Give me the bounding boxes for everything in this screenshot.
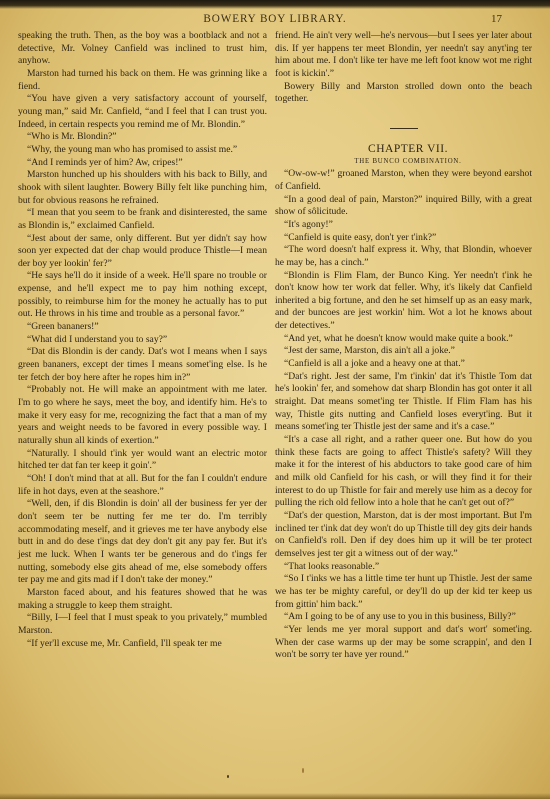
paragraph: Marston hunched up his shoulders with hi… bbox=[18, 169, 267, 207]
paragraph: “Yer lends me yer moral support and dat'… bbox=[275, 624, 532, 662]
paragraph: “Jest about der same, only different. Bu… bbox=[18, 233, 267, 271]
paragraph: “You have given a very satisfactory acco… bbox=[18, 93, 267, 131]
paragraph: speaking the truth. Then, as the boy was… bbox=[18, 30, 267, 68]
paragraph: “What did I understand you to say?” bbox=[18, 334, 267, 347]
paragraph: “I mean that you seem to be frank and di… bbox=[18, 207, 267, 232]
paragraph: “Am I going to be of any use to you in t… bbox=[275, 611, 532, 624]
paragraph: “Dat's right. Jest der same, I'm t'inkin… bbox=[275, 371, 532, 434]
paragraph: “And I reminds yer of him? Aw, cripes!” bbox=[18, 157, 267, 170]
paragraph: “Who is Mr. Blondin?” bbox=[18, 131, 267, 144]
paragraph: “Canfield is all a joke and a heavy one … bbox=[275, 358, 532, 371]
torn-top-edge bbox=[0, 0, 550, 9]
paragraph: “He says he'll do it inside of a week. H… bbox=[18, 270, 267, 321]
paragraph: “Dat's der question, Marston, dat is der… bbox=[275, 510, 532, 561]
paragraph: “Why, the young man who has promised to … bbox=[18, 144, 267, 157]
paragraph: “Billy, I—I feel that I must speak to yo… bbox=[18, 612, 267, 637]
paragraph: “In a good deal of pain, Marston?” inqui… bbox=[275, 194, 532, 219]
left-column: speaking the truth. Then, as the boy was… bbox=[18, 30, 267, 650]
paragraph: “If yer'll excuse me, Mr. Canfield, I'll… bbox=[18, 638, 267, 651]
paragraph: “So I t'inks we has a little time ter hu… bbox=[275, 573, 532, 611]
paragraph: Marston had turned his back on them. He … bbox=[18, 68, 267, 93]
paragraph: “Jest der same, Marston, dis ain't all a… bbox=[275, 345, 532, 358]
paragraph: “Green bananers!” bbox=[18, 321, 267, 334]
paragraph: “And yet, what he doesn't know would mak… bbox=[275, 333, 532, 346]
book-page: BOWERY BOY LIBRARY. 17 speaking the trut… bbox=[0, 0, 550, 799]
paragraph: “Canfield is quite easy, don't yer t'ink… bbox=[275, 232, 532, 245]
paragraph: “That looks reasonable.” bbox=[275, 561, 532, 574]
running-title: BOWERY BOY LIBRARY. bbox=[0, 13, 550, 25]
paragraph: friend. He ain't very well—he's nervous—… bbox=[275, 30, 532, 81]
paragraph: “Well, den, if dis Blondin is doin' all … bbox=[18, 498, 267, 587]
paragraph: “Ow-ow-w!” groaned Marston, when they we… bbox=[275, 168, 532, 193]
page-header: BOWERY BOY LIBRARY. 17 bbox=[0, 13, 550, 27]
paper-speck bbox=[302, 768, 304, 773]
paragraph: “Probably not. He will make an appointme… bbox=[18, 384, 267, 447]
page-number: 17 bbox=[491, 13, 502, 25]
right-column: friend. He ain't very well—he's nervous—… bbox=[275, 30, 532, 662]
page-bottom-edge bbox=[0, 793, 550, 799]
chapter-subtitle: THE BUNCO COMBINATION. bbox=[275, 156, 532, 169]
section-divider bbox=[390, 128, 418, 129]
paper-speck bbox=[227, 775, 229, 778]
paragraph: “Naturally. I should t'ink yer would wan… bbox=[18, 448, 267, 473]
paragraph: “It's a case all right, and a rather que… bbox=[275, 434, 532, 510]
paragraph: “Blondin is Flim Flam, der Bunco King. Y… bbox=[275, 270, 532, 333]
paragraph: “Dat dis Blondin is der candy. Dat's wot… bbox=[18, 346, 267, 384]
paragraph: “The word doesn't half express it. Why, … bbox=[275, 244, 532, 269]
paragraph: Marston faced about, and his features sh… bbox=[18, 587, 267, 612]
paragraph: “Oh! I don't mind that at all. But for t… bbox=[18, 473, 267, 498]
chapter-title: CHAPTER VII. bbox=[275, 143, 532, 156]
paragraph: Bowery Billy and Marston strolled down o… bbox=[275, 81, 532, 106]
paragraph: “It's agony!” bbox=[275, 219, 532, 232]
